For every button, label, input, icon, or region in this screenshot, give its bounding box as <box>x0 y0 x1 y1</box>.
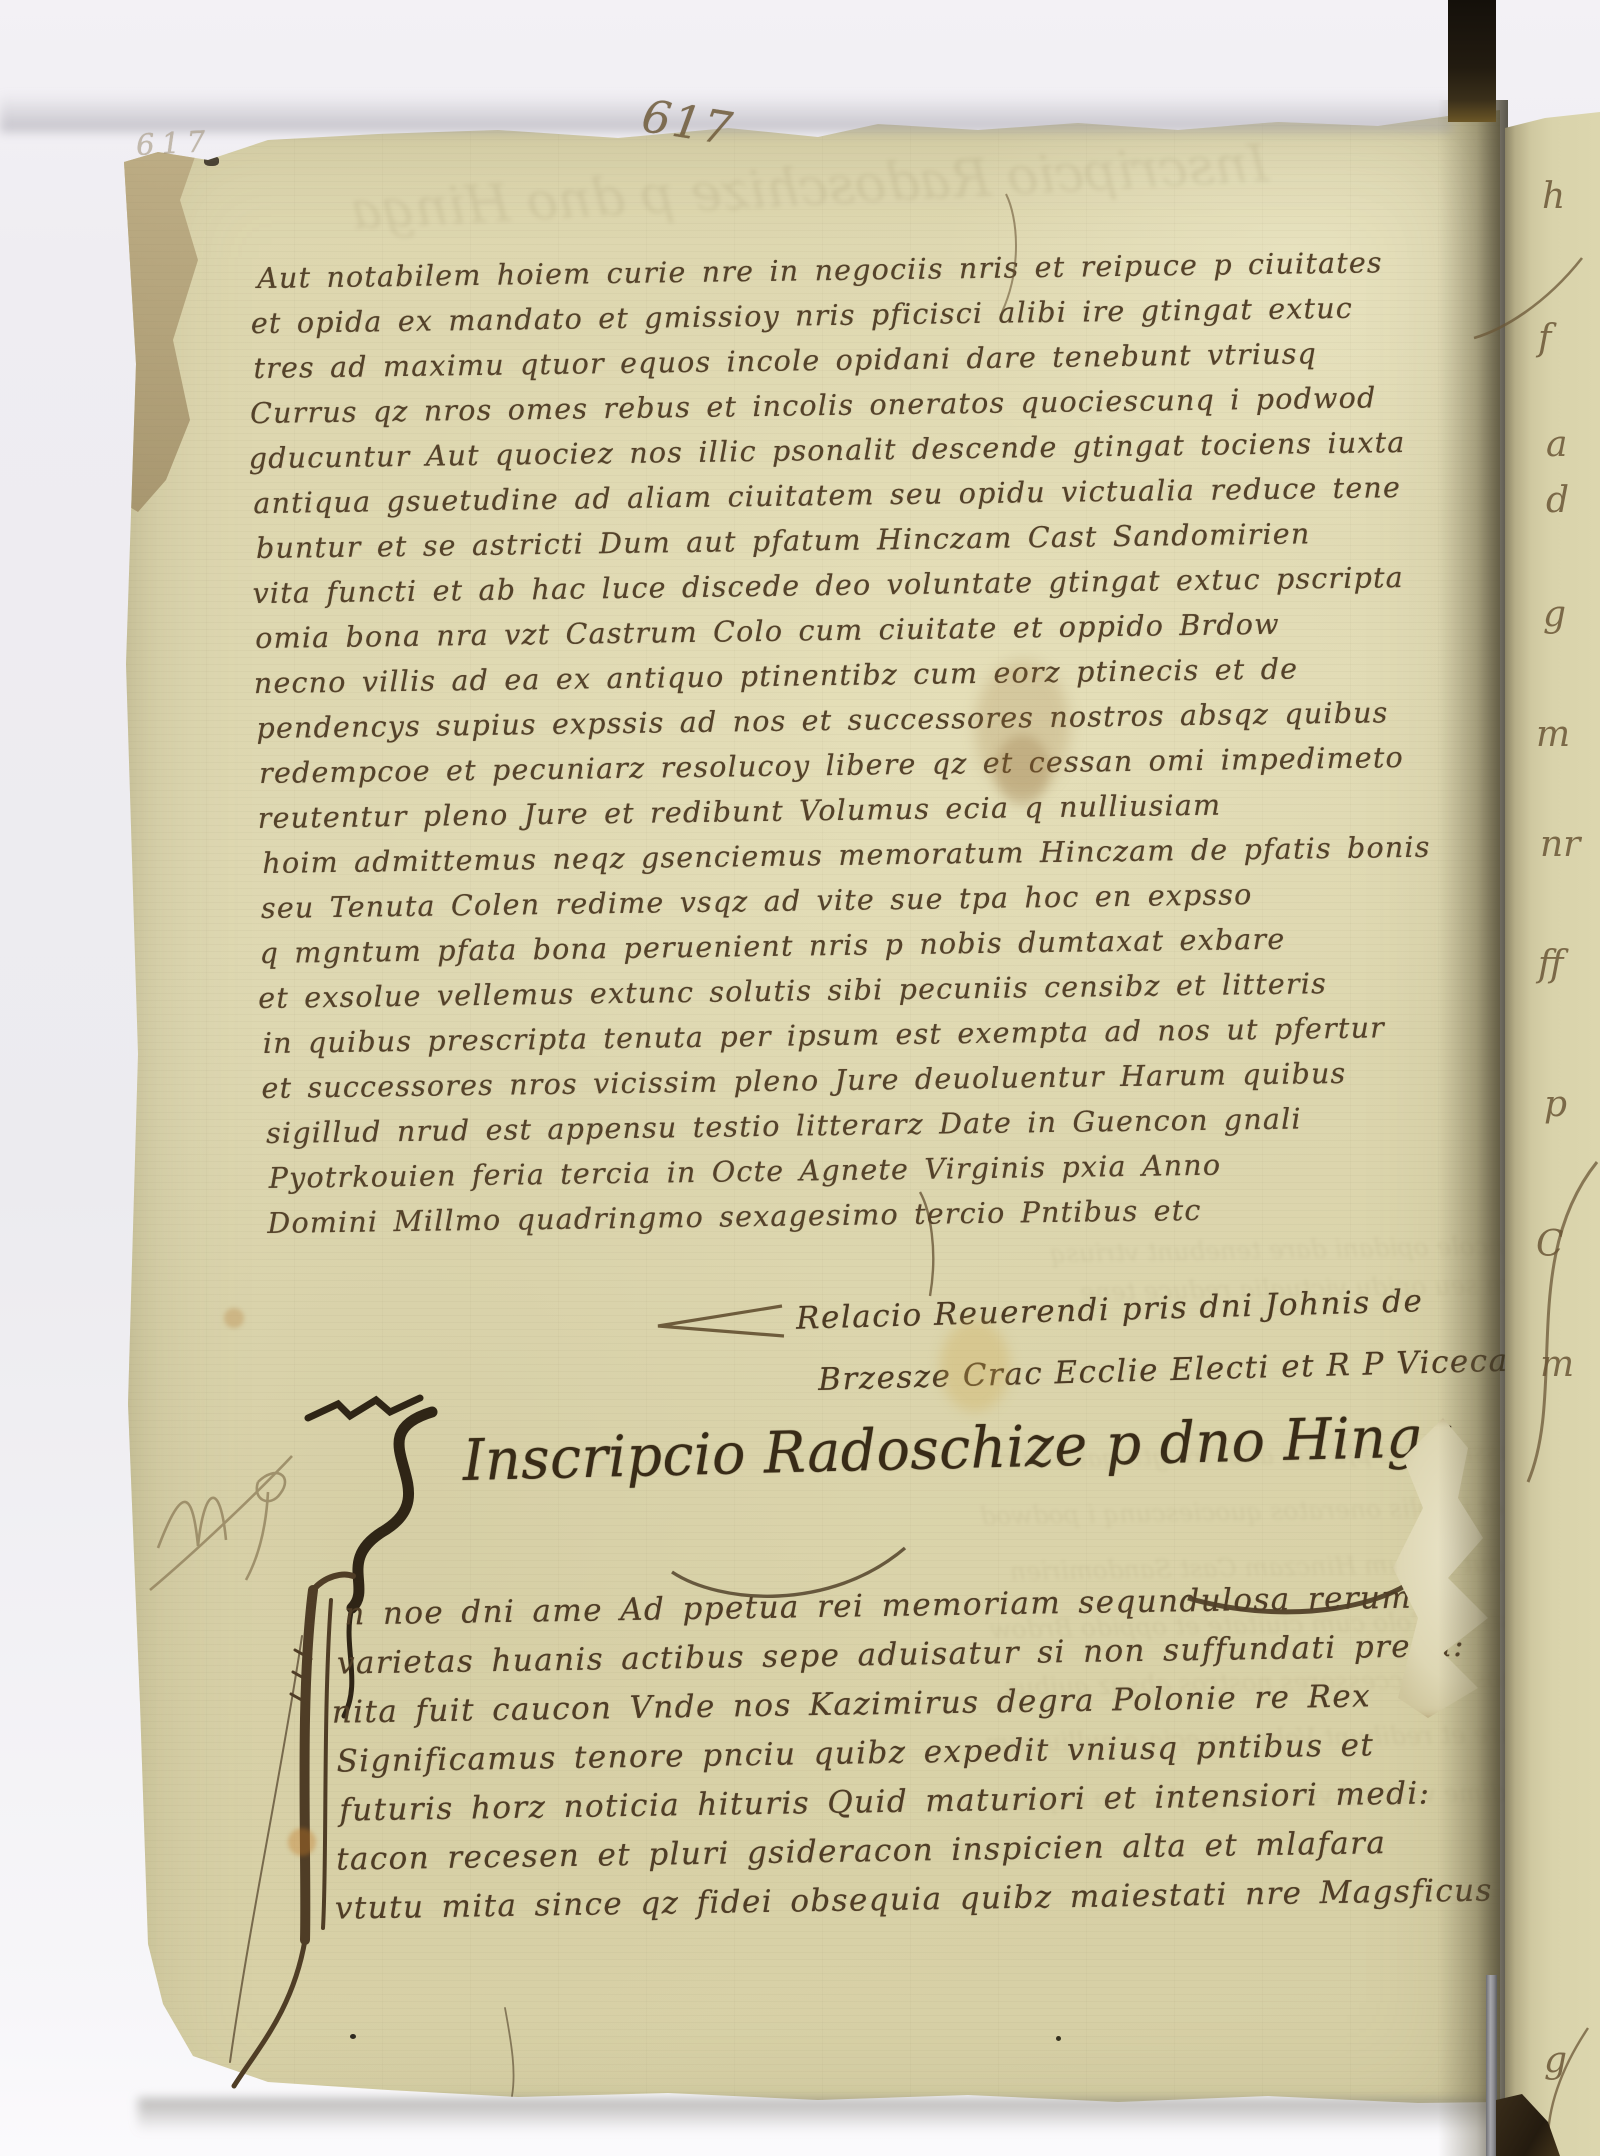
facing-letter-fragment: C <box>1536 1224 1564 1265</box>
facing-letter-fragment: nr <box>1540 824 1580 865</box>
facing-letter-fragment: a <box>1546 424 1567 465</box>
facing-letter-fragment: f <box>1538 318 1551 359</box>
facing-letter-fragment: g <box>1543 594 1566 635</box>
facing-letter-fragment: g <box>1544 2040 1567 2081</box>
facing-letter-fragment: m <box>1540 1344 1574 1385</box>
manuscript-photo-scene: Inscripcio Radoschize p dno Hinga 617 61… <box>0 0 1600 2156</box>
facing-letter-fragment: m <box>1536 714 1570 755</box>
facing-letter-fragment: p <box>1544 1084 1567 1125</box>
page-damage-patch <box>118 140 210 540</box>
facing-letter-fragment: h <box>1542 176 1565 217</box>
binding-clamp-top <box>1448 0 1496 122</box>
page-bottom-shadow <box>138 2098 1500 2132</box>
binding-rod <box>1486 1975 1497 2156</box>
folio-number-pencil: 617 <box>135 124 213 162</box>
facing-letter-fragment: d <box>1546 480 1569 521</box>
facing-letter-fragment: ff <box>1538 944 1564 985</box>
facing-page-edge <box>1505 110 1600 2156</box>
manuscript-page <box>118 104 1500 2156</box>
